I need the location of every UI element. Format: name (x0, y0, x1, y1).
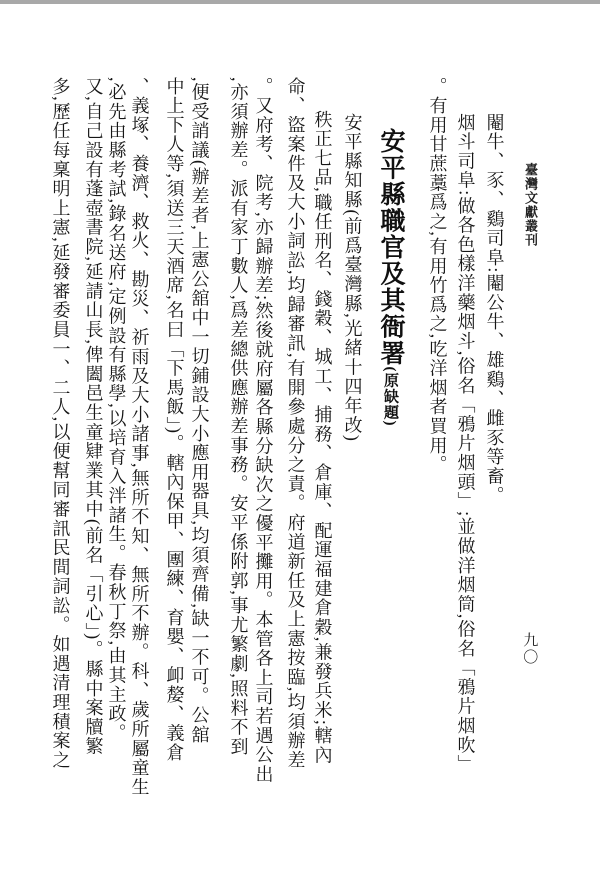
page-number: 九〇 (521, 632, 537, 666)
text-column: ,必先由縣考試,錄名送府,定例設有縣學,以培育入泮諸生。春秋丁祭,由其主政。 (106, 77, 125, 743)
text-column: 、義塚、養濟、救火、勘災、祈雨及大小諸事,無所不知、無所不辦。科、歲所屬童生 (129, 77, 148, 797)
text-column: 。有用甘蔗藁爲之,有用竹爲之,吃洋烟者買用。 (427, 77, 446, 475)
scanned-book-page: 臺灣文獻叢刊 九〇 閹牛、豕、鷄司阜:閹公牛、雄鷄、雌豕等畜。 烟斗司阜:做各色… (0, 0, 600, 881)
scan-edge-bar (0, 0, 600, 4)
section-title-text: 安平縣職官及其衙署 (377, 128, 404, 367)
text-column: 多,歷任每稟明上憲,延發審委員一、二人,以便幫同審訊民間詞訟。如遇清理積案之 (50, 77, 69, 770)
text-column: 命、盜案件及大小詞訟,均歸審訊,有開參處分之責。府道新任及上憲按臨,均須辦差 (285, 77, 304, 770)
series-title: 臺灣文獻叢刊 (523, 163, 537, 247)
text-column: 安平縣知縣(前爲臺灣縣,光緒十四年改) (342, 113, 361, 442)
text-column: 閹牛、豕、鷄司阜:閹公牛、雄鷄、雌豕等畜。 (484, 113, 503, 505)
text-column: 秩正七品,職任刑名、錢穀、城工、捕務、倉庫、配運福建倉穀,兼發兵米;轄內 (312, 110, 331, 765)
section-title-note: (原缺題) (382, 367, 398, 427)
section-title: 安平縣職官及其衙署(原缺題) (377, 128, 404, 427)
text-column: 烟斗司阜:做各色樣洋藥烟斗,俗名「鴉片烟頭」;並做洋烟筒,俗名「鴉片烟吹」 (455, 113, 474, 774)
text-column: 又,自己設有蓬壺書院,延請山長,俾闔邑生童肄業其中(前名「引心」)。縣中案牘繁 (83, 77, 102, 756)
text-column: 中上下人等,須送三天酒席,名曰「下馬飯」)。轄內保甲、團練、育嬰、卹嫠、義倉 (164, 77, 183, 762)
text-column: ,亦須辦差。派有家丁數人,爲差總供應辦差事務。安平係附郭,事尤繁劇,照料不到 (228, 77, 247, 756)
text-column: 。又府考、院考,亦歸辦差;然後就府屬各縣分缺次之優平攤用。本管各上司若遇公出 (253, 77, 272, 784)
text-column: ,便受誚議(辦差者,上憲公舘中一切鋪設大小應用器具,均須齊備,缺一不可。公舘 (189, 77, 208, 744)
